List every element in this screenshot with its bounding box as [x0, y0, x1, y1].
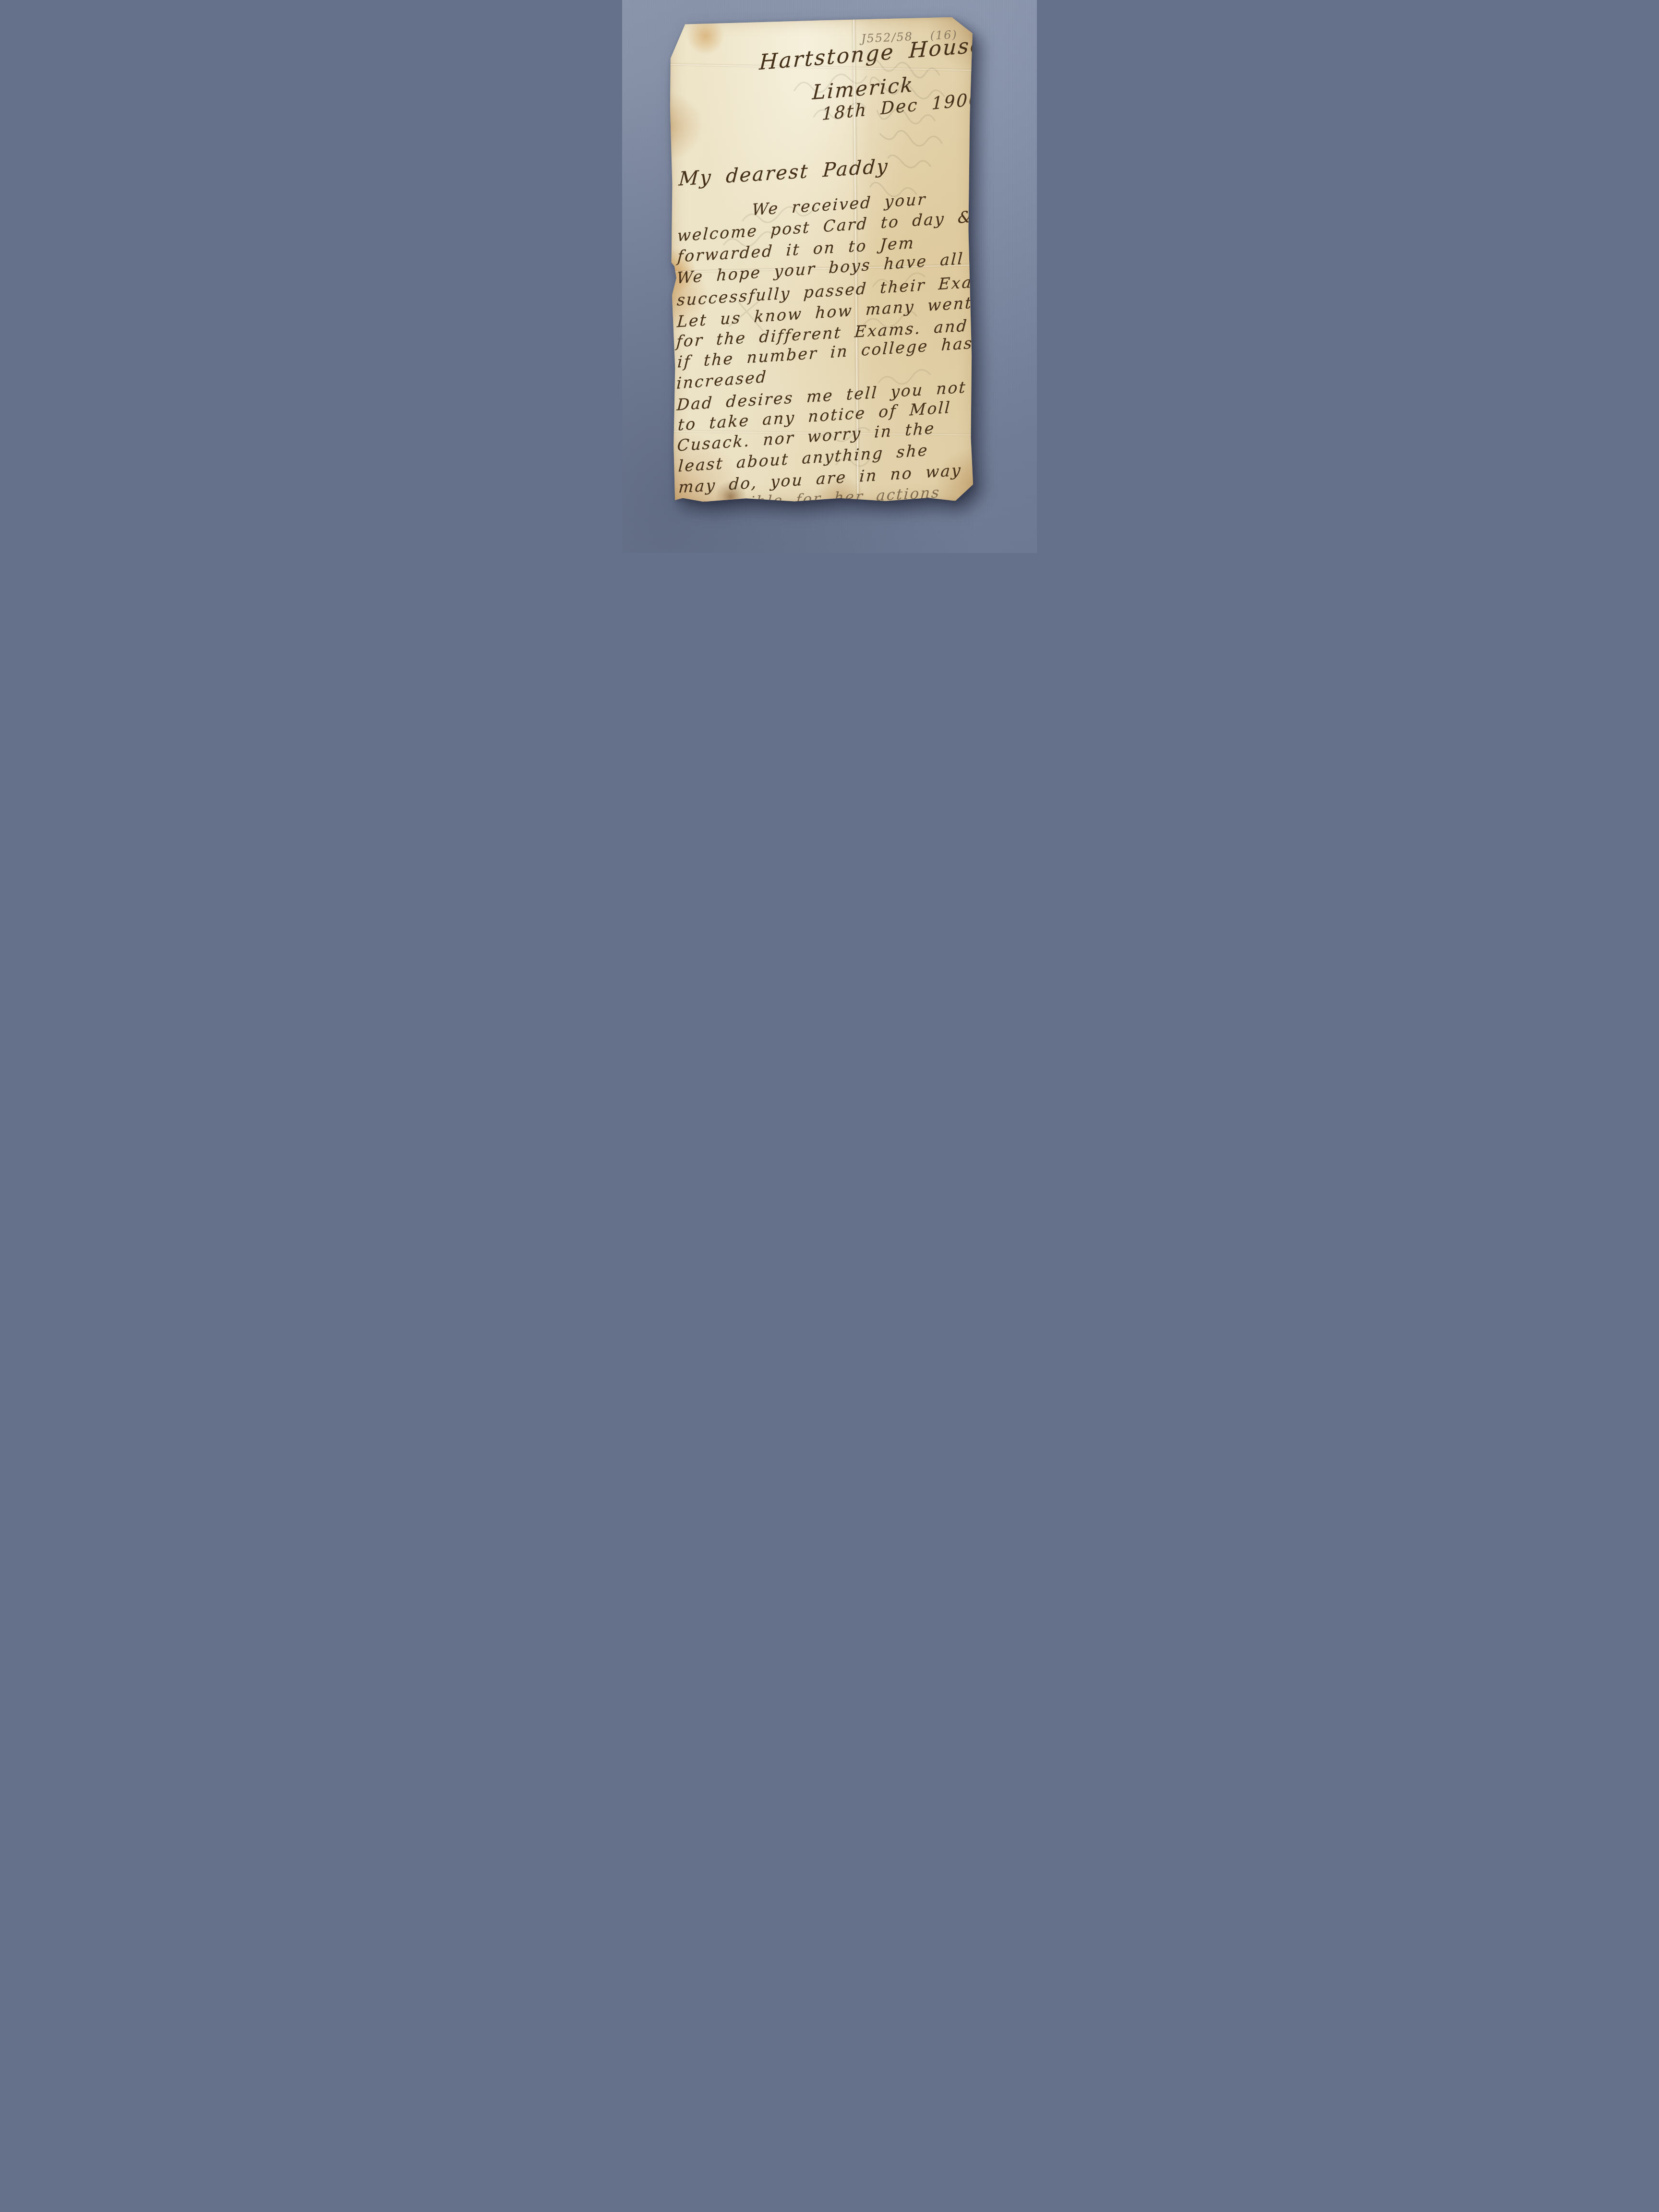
- paper-shadow-wrap: J552/58 (16) Hartstonge House Limerick 1…: [622, 0, 1037, 553]
- letter-line: increased: [676, 367, 768, 393]
- photograph-backing-board: J552/58 (16) Hartstonge House Limerick 1…: [622, 0, 1037, 553]
- letter-paper: J552/58 (16) Hartstonge House Limerick 1…: [669, 17, 977, 503]
- salutation: My dearest Paddy: [678, 156, 890, 191]
